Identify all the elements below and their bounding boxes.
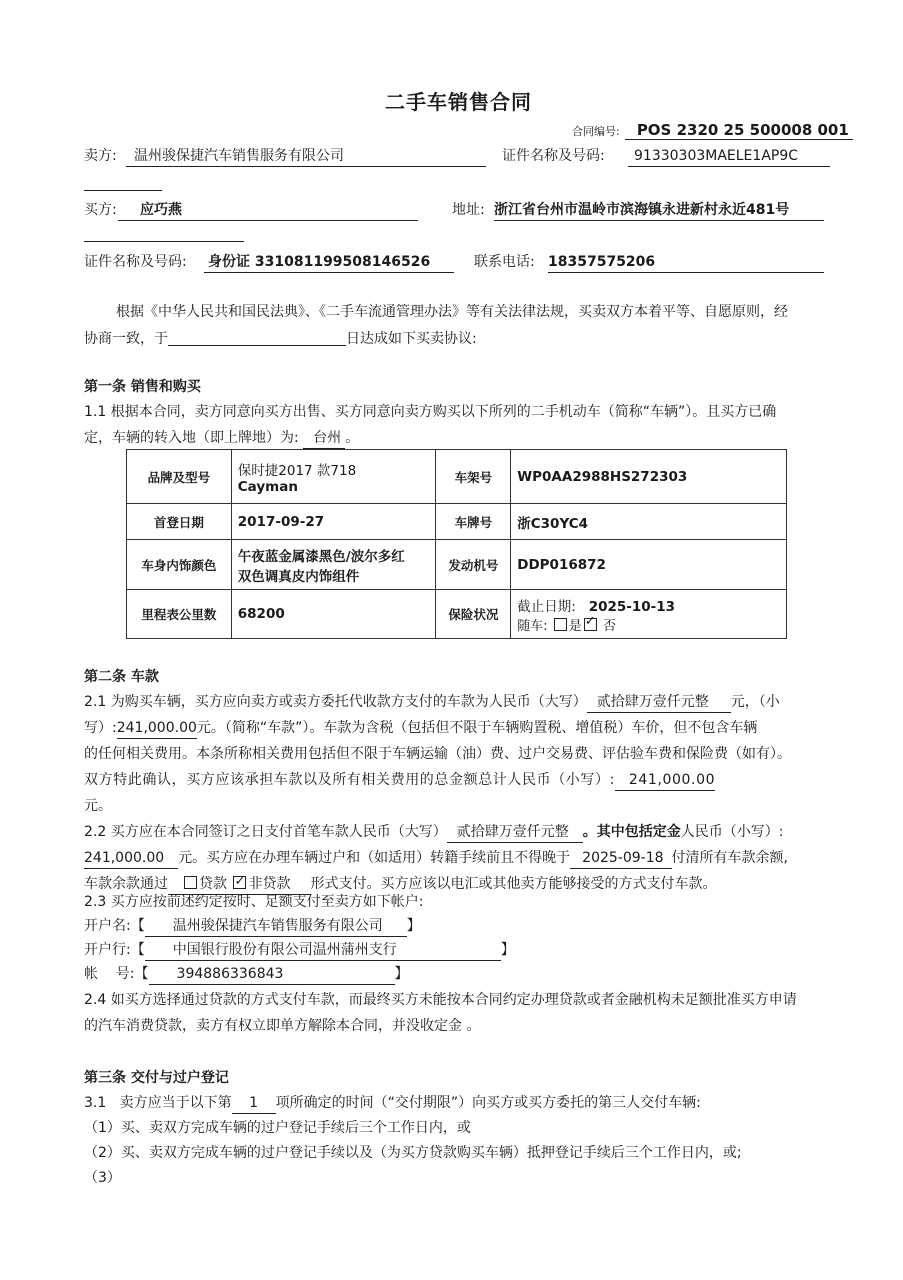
preamble-prefix: 协商一致，于	[84, 331, 168, 347]
contract-number-label: 合同编号:	[572, 125, 620, 138]
clause-2-2-l3-prefix: 车款余款通过	[84, 876, 168, 892]
clause-1-1-prefix: 定，车辆的转入地（即上牌地）为:	[84, 430, 299, 446]
account-number-label: 帐 号:	[84, 966, 135, 982]
clause-2-1-l2-prefix: 写）:	[84, 720, 117, 736]
loan-label: 贷款	[199, 876, 227, 892]
seller-name[interactable]: 温州骏保捷汽车销售服务有限公司	[126, 146, 486, 167]
first-registration-label: 首登日期	[127, 504, 232, 540]
insurance-expiry-label: 截止日期:	[517, 599, 576, 615]
table-row: 首登日期 2017-09-27 车牌号 浙C30YC4	[127, 504, 787, 540]
clause-2-1-prefix: 2.1 为购买车辆，买方应向卖方或卖方委托代收款方支付的车款为人民币（大写）	[84, 694, 587, 710]
delivery-option-2: （2）买、卖双方完成车辆的过户登记手续以及（为买方贷款购买车辆）抵押登记手续后三…	[84, 1143, 742, 1163]
buyer-phone-label: 联系电话:	[474, 252, 535, 272]
clause-3-1-prefix: 3.1 卖方应当于以下第	[84, 1095, 232, 1111]
plate-value: 浙C30YC4	[511, 504, 787, 540]
loan-checkbox[interactable]	[184, 876, 197, 889]
preamble-line-2: 协商一致，于日达成如下买卖协议:	[84, 328, 477, 349]
clause-1-1-suffix: 。	[345, 430, 359, 446]
total-amount-field[interactable]: 241,000.00	[615, 770, 715, 791]
account-name-row: 开户名:【温州骏保捷汽车销售服务有限公司】	[84, 916, 421, 937]
account-bank[interactable]: 中国银行股份有限公司温州蒲州支行	[145, 940, 501, 961]
section-1-heading: 第一条 销售和购买	[84, 377, 201, 397]
color-line-2: 双色调真皮内饰组件	[238, 565, 430, 585]
with-car-yes-label: 是	[569, 619, 582, 634]
section-3-heading: 第三条 交付与过户登记	[84, 1068, 229, 1088]
clause-2-2-prefix: 2.2 买方应在本合同签订之日支付首笔车款人民币（大写）	[84, 824, 447, 840]
buyer-label: 买方:	[84, 200, 117, 220]
clause-1-1-line-1: 1.1 根据本合同，卖方同意向买方出售、买方同意向卖方购买以下所列的二手机动车（…	[84, 402, 776, 422]
price-upper-field[interactable]: 贰拾肆万壹仟元整	[587, 692, 731, 713]
balance-deadline-field[interactable]: 2025-09-18	[570, 848, 671, 869]
engine-no-value: DDP016872	[511, 540, 787, 590]
preamble-suffix: 日达成如下买卖协议:	[346, 331, 477, 347]
buyer-id-number: 331081199508146526	[255, 254, 430, 270]
transfer-location[interactable]: 台州	[303, 428, 345, 449]
vin-value: WP0AA2988HS272303	[511, 450, 787, 504]
clause-2-4-line-1: 2.4 如买方选择通过贷款的方式支付车款，而最终买方未能按本合同约定办理贷款或者…	[84, 990, 797, 1010]
account-number[interactable]: 394886336843	[149, 964, 395, 985]
first-registration-value: 2017-09-27	[231, 504, 436, 540]
non-loan-checkbox[interactable]	[233, 876, 246, 889]
brand-model-line-1: 保时捷2017 款718	[238, 459, 430, 479]
deposit-included-text: 。其中包括定金	[583, 824, 681, 840]
clause-3-1-suffix: 项所确定的时间（“交付期限”）向买方或买方委托的第三人交付车辆:	[276, 1095, 701, 1111]
clause-2-1-line-3: 的任何相关费用。本条所称相关费用包括但不限于车辆运输（油）费、过户交易费、评估验…	[84, 744, 791, 764]
table-row: 品牌及型号 保时捷2017 款718 Cayman 车架号 WP0AA2988H…	[127, 450, 787, 504]
deposit-amount-field[interactable]: 241,000.00	[84, 848, 178, 869]
mileage-value: 68200	[231, 590, 436, 639]
table-row: 里程表公里数 68200 保险状况 截止日期: 2025-10-13 随车: 是…	[127, 590, 787, 639]
insurance-expiry-date: 2025-10-13	[589, 599, 675, 615]
first-payment-upper-field[interactable]: 贰拾肆万壹仟元整	[447, 822, 583, 843]
preamble-line-1: 根据《中华人民共和国民法典》、《二手车流通管理办法》等有关法律法规，买卖双方本着…	[116, 302, 788, 322]
clause-1-1-line-2: 定，车辆的转入地（即上牌地）为: 台州。	[84, 428, 359, 449]
clause-2-2-l2-suffix: 付清所有车款余额,	[672, 850, 788, 866]
brand-model-label: 品牌及型号	[127, 450, 232, 504]
agreement-date-field[interactable]	[168, 328, 346, 346]
account-bank-label: 开户行:	[84, 942, 131, 958]
buyer-line-continuation	[84, 241, 244, 242]
clause-2-2-line-1: 2.2 买方应在本合同签订之日支付首笔车款人民币（大写）贰拾肆万壹仟元整。其中包…	[84, 822, 783, 843]
clause-2-2-line-2: 241,000.00元。买方应在办理车辆过户和（如适用）转籍手续前且不得晚于20…	[84, 848, 788, 869]
account-name[interactable]: 温州骏保捷汽车销售服务有限公司	[145, 916, 407, 937]
delivery-option-3: （3）	[84, 1168, 121, 1188]
mileage-label: 里程表公里数	[127, 590, 232, 639]
delivery-item-field[interactable]: 1	[232, 1093, 276, 1114]
buyer-id-label: 证件名称及号码:	[84, 252, 187, 272]
engine-no-label: 发动机号	[436, 540, 511, 590]
account-name-label: 开户名:	[84, 918, 131, 934]
buyer-address-label: 地址:	[452, 200, 485, 220]
brand-model-value: 保时捷2017 款718 Cayman	[231, 450, 436, 504]
clause-2-1-l2-suffix: 元。（简称“车款”）。车款为含税（包括但不限于车辆购置税、增值税）车价，但不包含…	[197, 720, 758, 736]
account-number-row: 帐 号:【394886336843】	[84, 964, 409, 985]
clause-2-1-l4-prefix: 双方特此确认，买方应该承担车款以及所有相关费用的总金额总计人民币（小写）:	[84, 772, 615, 788]
buyer-id-field[interactable]: 身份证 331081199508146526	[204, 252, 454, 273]
with-car-label: 随车:	[517, 619, 547, 634]
color-label: 车身内饰颜色	[127, 540, 232, 590]
account-bank-row: 开户行:【中国银行股份有限公司温州蒲州支行】	[84, 940, 515, 961]
contract-number[interactable]: POS 2320 25 500008 001	[625, 121, 853, 140]
buyer-name[interactable]: 应巧燕	[118, 200, 418, 221]
brand-model-line-2: Cayman	[238, 479, 430, 495]
section-2-heading: 第二条 车款	[84, 667, 159, 687]
buyer-phone[interactable]: 18357575206	[548, 252, 824, 273]
delivery-option-1: （1）买、卖双方完成车辆的过户登记手续后三个工作日内，或	[84, 1118, 471, 1138]
buyer-address[interactable]: 浙江省台州市温岭市滨海镇永进新村永近481号	[494, 200, 824, 221]
seller-line-continuation	[84, 190, 162, 191]
clause-2-1-line-1: 2.1 为购买车辆，买方应向卖方或卖方委托代收款方支付的车款为人民币（大写）贰拾…	[84, 692, 780, 713]
with-car-no-checkbox[interactable]	[584, 618, 597, 631]
clause-2-4-line-2: 的汽车消费贷款，卖方有权立即单方解除本合同，并没收定金 。	[84, 1016, 480, 1036]
non-loan-label: 非贷款	[248, 876, 290, 892]
with-car-no-label: 否	[603, 619, 616, 634]
clause-2-2-suffix: 人民币（小写）:	[681, 824, 784, 840]
document-title: 二手车销售合同	[385, 86, 532, 115]
plate-label: 车牌号	[436, 504, 511, 540]
vin-label: 车架号	[436, 450, 511, 504]
table-row: 车身内饰颜色 午夜蓝金属漆黑色/波尔多红 双色调真皮内饰组件 发动机号 DDP0…	[127, 540, 787, 590]
clause-2-1-line-2: 写）:241,000.00元。（简称“车款”）。车款为含税（包括但不限于车辆购置…	[84, 718, 757, 739]
clause-2-1-suffix: 元，（小	[731, 694, 780, 710]
contract-number-row: 合同编号: POS 2320 25 500008 001	[572, 120, 853, 140]
seller-id-label: 证件名称及号码:	[502, 146, 605, 166]
insurance-label: 保险状况	[436, 590, 511, 639]
clause-2-1-line-4: 双方特此确认，买方应该承担车款以及所有相关费用的总金额总计人民币（小写）:241…	[84, 770, 715, 791]
vehicle-info-table: 品牌及型号 保时捷2017 款718 Cayman 车架号 WP0AA2988H…	[126, 449, 787, 639]
seller-id-number[interactable]: 91330303MAELE1AP9C	[628, 146, 830, 167]
price-lower-field[interactable]: 241,000.00	[117, 718, 197, 739]
color-line-1: 午夜蓝金属漆黑色/波尔多红	[238, 545, 430, 565]
seller-label: 卖方:	[84, 146, 117, 166]
with-car-yes-checkbox[interactable]	[554, 618, 567, 631]
clause-2-2-mid: 元。买方应在办理车辆过户和（如适用）转籍手续前且不得晚于	[178, 850, 570, 866]
buyer-id-type: 身份证	[208, 254, 250, 270]
color-value: 午夜蓝金属漆黑色/波尔多红 双色调真皮内饰组件	[231, 540, 436, 590]
insurance-value: 截止日期: 2025-10-13 随车: 是 否	[511, 590, 787, 639]
clause-2-2-l3-suffix: 形式支付。买方应该以电汇或其他卖方能够接受的方式支付车款。	[310, 876, 716, 892]
clause-3-1: 3.1 卖方应当于以下第1项所确定的时间（“交付期限”）向买方或买方委托的第三人…	[84, 1093, 701, 1114]
clause-2-3-intro: 2.3 买方应按前述约定按时、足额支付至卖方如下帐户:	[84, 892, 423, 912]
clause-2-1-line-5: 元。	[84, 796, 112, 816]
